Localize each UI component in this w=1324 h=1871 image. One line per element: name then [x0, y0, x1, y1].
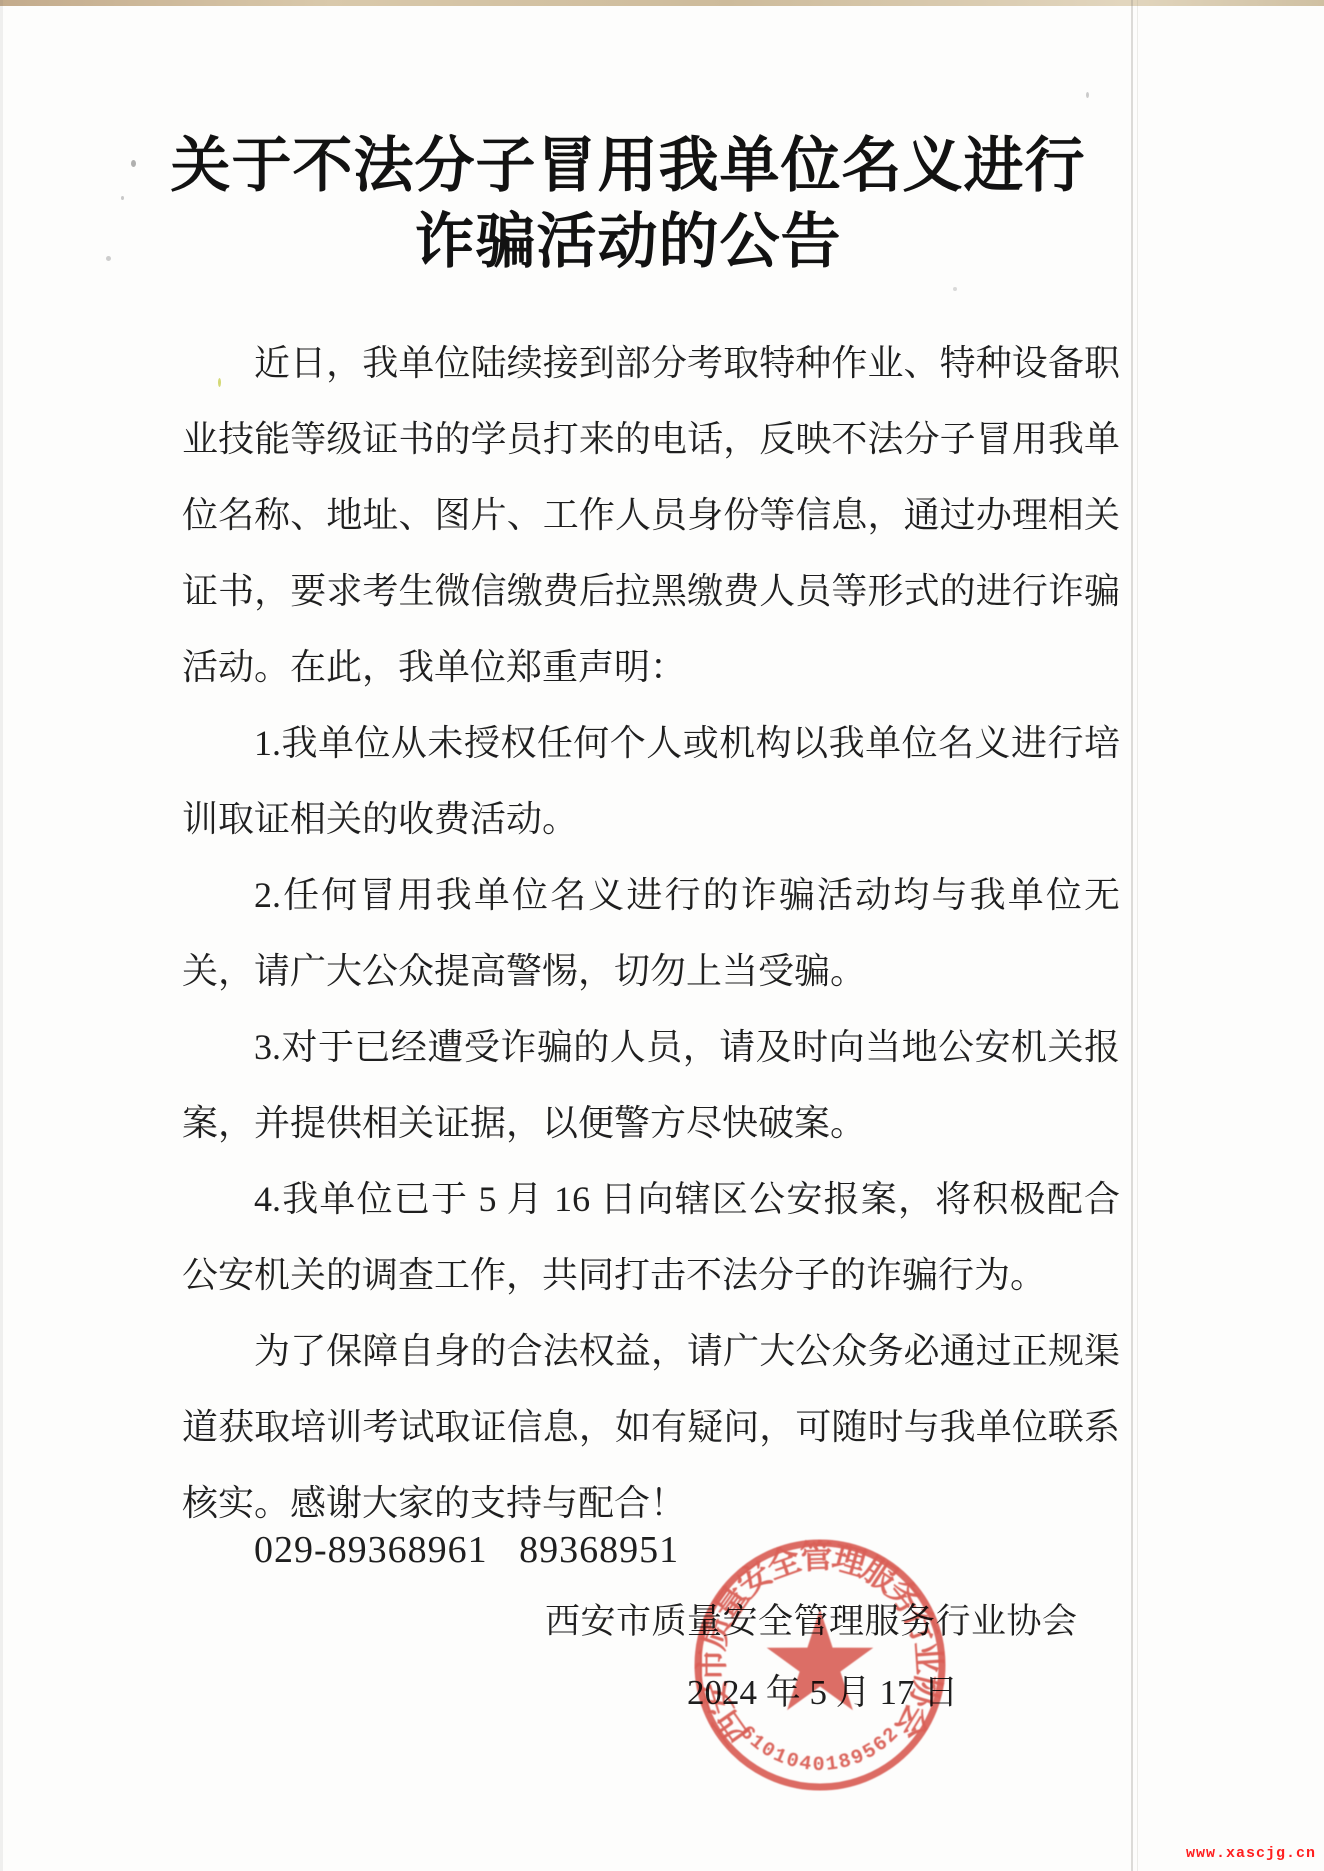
seal-star-icon	[767, 1609, 874, 1710]
scan-edge-top	[0, 0, 1324, 6]
page-fold-line	[1137, 0, 1138, 1871]
paragraph-intro: 近日，我单位陆续接到部分考取特种作业、特种设备职业技能等级证书的学员打来的电话，…	[182, 325, 1120, 705]
paragraph-item-3: 3.对于已经遭受诈骗的人员，请及时向当地公安机关报案，并提供相关证据，以便警方尽…	[182, 1009, 1120, 1161]
scan-edge-left	[0, 0, 3, 1871]
official-red-seal: 西安市质量安全管理服务行业协会 6101040189562	[670, 1515, 970, 1815]
scan-speck	[1086, 92, 1089, 98]
paragraph-item-2: 2.任何冒用我单位名义进行的诈骗活动均与我单位无关，请广大公众提高警惕，切勿上当…	[182, 857, 1120, 1009]
page-fold-line	[1131, 0, 1133, 1871]
paragraph-closing: 为了保障自身的合法权益，请广大公众务必通过正规渠道获取培训考试取证信息，如有疑问…	[182, 1313, 1120, 1541]
paragraph-item-1: 1.我单位从未授权任何个人或机构以我单位名义进行培训取证相关的收费活动。	[182, 705, 1120, 857]
scan-speck	[953, 287, 957, 291]
site-watermark: www.xascjg.cn	[1186, 1845, 1316, 1862]
notice-title-line2: 诈骗活动的公告	[0, 204, 1256, 280]
notice-title: 关于不法分子冒用我单位名义进行 诈骗活动的公告	[0, 128, 1256, 280]
notice-title-line1: 关于不法分子冒用我单位名义进行	[0, 128, 1256, 204]
notice-body: 近日，我单位陆续接到部分考取特种作业、特种设备职业技能等级证书的学员打来的电话，…	[182, 325, 1120, 1541]
scanned-notice-page: 关于不法分子冒用我单位名义进行 诈骗活动的公告 近日，我单位陆续接到部分考取特种…	[0, 0, 1324, 1871]
paragraph-item-4: 4.我单位已于 5 月 16 日向辖区公安报案，将积极配合公安机关的调查工作，共…	[182, 1161, 1120, 1313]
contact-phone-numbers: 029-89368961 89368951	[254, 1528, 679, 1572]
